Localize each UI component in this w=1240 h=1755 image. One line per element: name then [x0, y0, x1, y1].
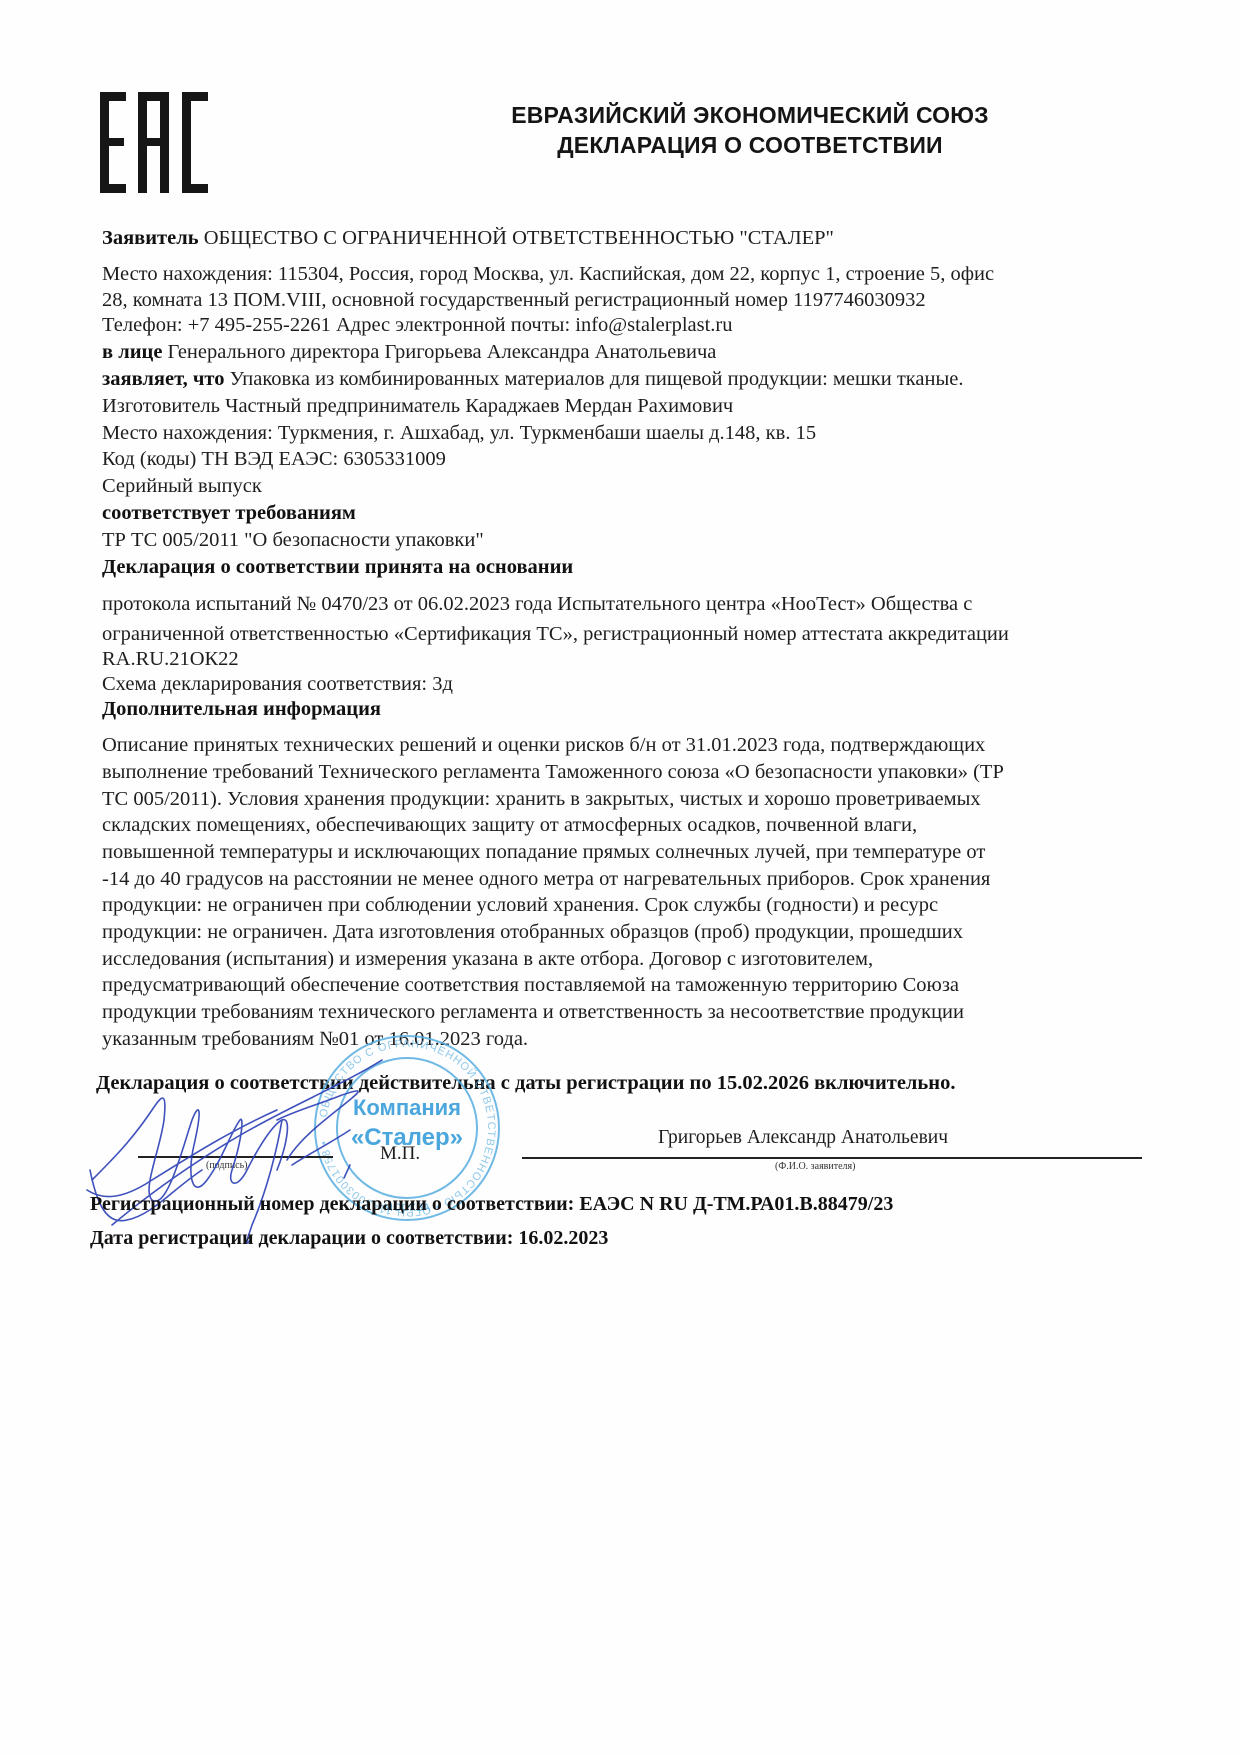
signer-caption: (Ф.И.О. заявителя) — [775, 1161, 855, 1172]
manufacturer-address: Место нахождения: Туркмения, г. Ашхабад,… — [102, 421, 816, 445]
basis-line: ограниченной ответственностью «Сертифика… — [102, 622, 1009, 646]
eac-mark-icon — [100, 92, 208, 193]
declares-line: заявляет, что Упаковка из комбинированны… — [102, 367, 964, 391]
represented-label: в лице — [102, 341, 162, 363]
additional-info-line: продукции: не ограничен при соблюдении у… — [102, 893, 938, 917]
additional-info-line: -14 до 40 градусов на расстоянии не мене… — [102, 867, 990, 891]
production-type: Серийный выпуск — [102, 474, 262, 498]
registration-number: ЕАЭС N RU Д-ТМ.РА01.В.88479/23 — [579, 1193, 893, 1215]
complies-label-text: соответствует требованиям — [102, 502, 356, 524]
additional-info-line: предусматривающий обеспечение соответств… — [102, 973, 959, 997]
product-description: Упаковка из комбинированных материалов д… — [230, 368, 964, 390]
basis-line: RA.RU.21ОК22 — [102, 647, 239, 671]
additional-info-line: продукции требованиям технического регла… — [102, 1000, 964, 1024]
union-title: ЕВРАЗИЙСКИЙ ЭКОНОМИЧЕСКИЙ СОЮЗ — [300, 100, 1200, 130]
additional-info-line: Описание принятых технических решений и … — [102, 733, 985, 757]
additional-info-line: ТС 005/2011). Условия хранения продукции… — [102, 787, 981, 811]
complies-label: соответствует требованиям — [102, 501, 356, 525]
declaration-scheme: Схема декларирования соответствия: 3д — [102, 672, 453, 696]
registration-number-label: Регистрационный номер декларации о соотв… — [90, 1193, 574, 1215]
applicant-line: Заявитель ОБЩЕСТВО С ОГРАНИЧЕННОЙ ОТВЕТС… — [102, 226, 834, 250]
signer-name-line — [522, 1157, 1142, 1159]
document-header: ЕВРАЗИЙСКИЙ ЭКОНОМИЧЕСКИЙ СОЮЗ ДЕКЛАРАЦИ… — [300, 100, 1200, 160]
additional-info-label-text: Дополнительная информация — [102, 698, 381, 720]
applicant-address-line2: 28, комната 13 ПОМ.VIII, основной госуда… — [102, 288, 926, 312]
additional-info-line: исследования (испытания) и измерения ука… — [102, 947, 873, 971]
registration-number-line: Регистрационный номер декларации о соотв… — [90, 1192, 893, 1216]
basis-line: протокола испытаний № 0470/23 от 06.02.2… — [102, 592, 972, 616]
declares-label: заявляет, что — [102, 368, 224, 390]
additional-info-line: продукции: не ограничен. Дата изготовлен… — [102, 920, 963, 944]
represented-by: Генерального директора Григорьева Алекса… — [168, 341, 717, 363]
additional-info-line: выполнение требований Технического регла… — [102, 760, 1004, 784]
registration-date: 16.02.2023 — [518, 1227, 608, 1249]
applicant-address-line1: Место нахождения: 115304, Россия, город … — [102, 262, 994, 286]
represented-by-line: в лице Генерального директора Григорьева… — [102, 340, 716, 364]
additional-info-label: Дополнительная информация — [102, 697, 381, 721]
additional-info-line: повышенной температуры и исключающих поп… — [102, 840, 985, 864]
applicant-name: ОБЩЕСТВО С ОГРАНИЧЕННОЙ ОТВЕТСТВЕННОСТЬЮ… — [204, 227, 834, 249]
declaration-page: ЕВРАЗИЙСКИЙ ЭКОНОМИЧЕСКИЙ СОЮЗ ДЕКЛАРАЦИ… — [0, 0, 1240, 1755]
regulation: ТР ТС 005/2011 "О безопасности упаковки" — [102, 528, 484, 552]
document-title: ДЕКЛАРАЦИЯ О СООТВЕТСТВИИ — [300, 130, 1200, 160]
additional-info-line: складских помещениях, обеспечивающих защ… — [102, 813, 917, 837]
registration-date-label: Дата регистрации декларации о соответств… — [90, 1227, 513, 1249]
signer-name: Григорьев Александр Анатольевич — [658, 1126, 948, 1150]
basis-label: Декларация о соответствии принята на осн… — [102, 555, 573, 579]
manufacturer: Изготовитель Частный предприниматель Кар… — [102, 394, 733, 418]
hs-code: Код (коды) ТН ВЭД ЕАЭС: 6305331009 — [102, 447, 446, 471]
registration-date-line: Дата регистрации декларации о соответств… — [90, 1226, 608, 1250]
applicant-contacts: Телефон: +7 495-255-2261 Адрес электронн… — [102, 313, 733, 337]
applicant-label: Заявитель — [102, 227, 199, 249]
basis-label-text: Декларация о соответствии принята на осн… — [102, 556, 573, 578]
